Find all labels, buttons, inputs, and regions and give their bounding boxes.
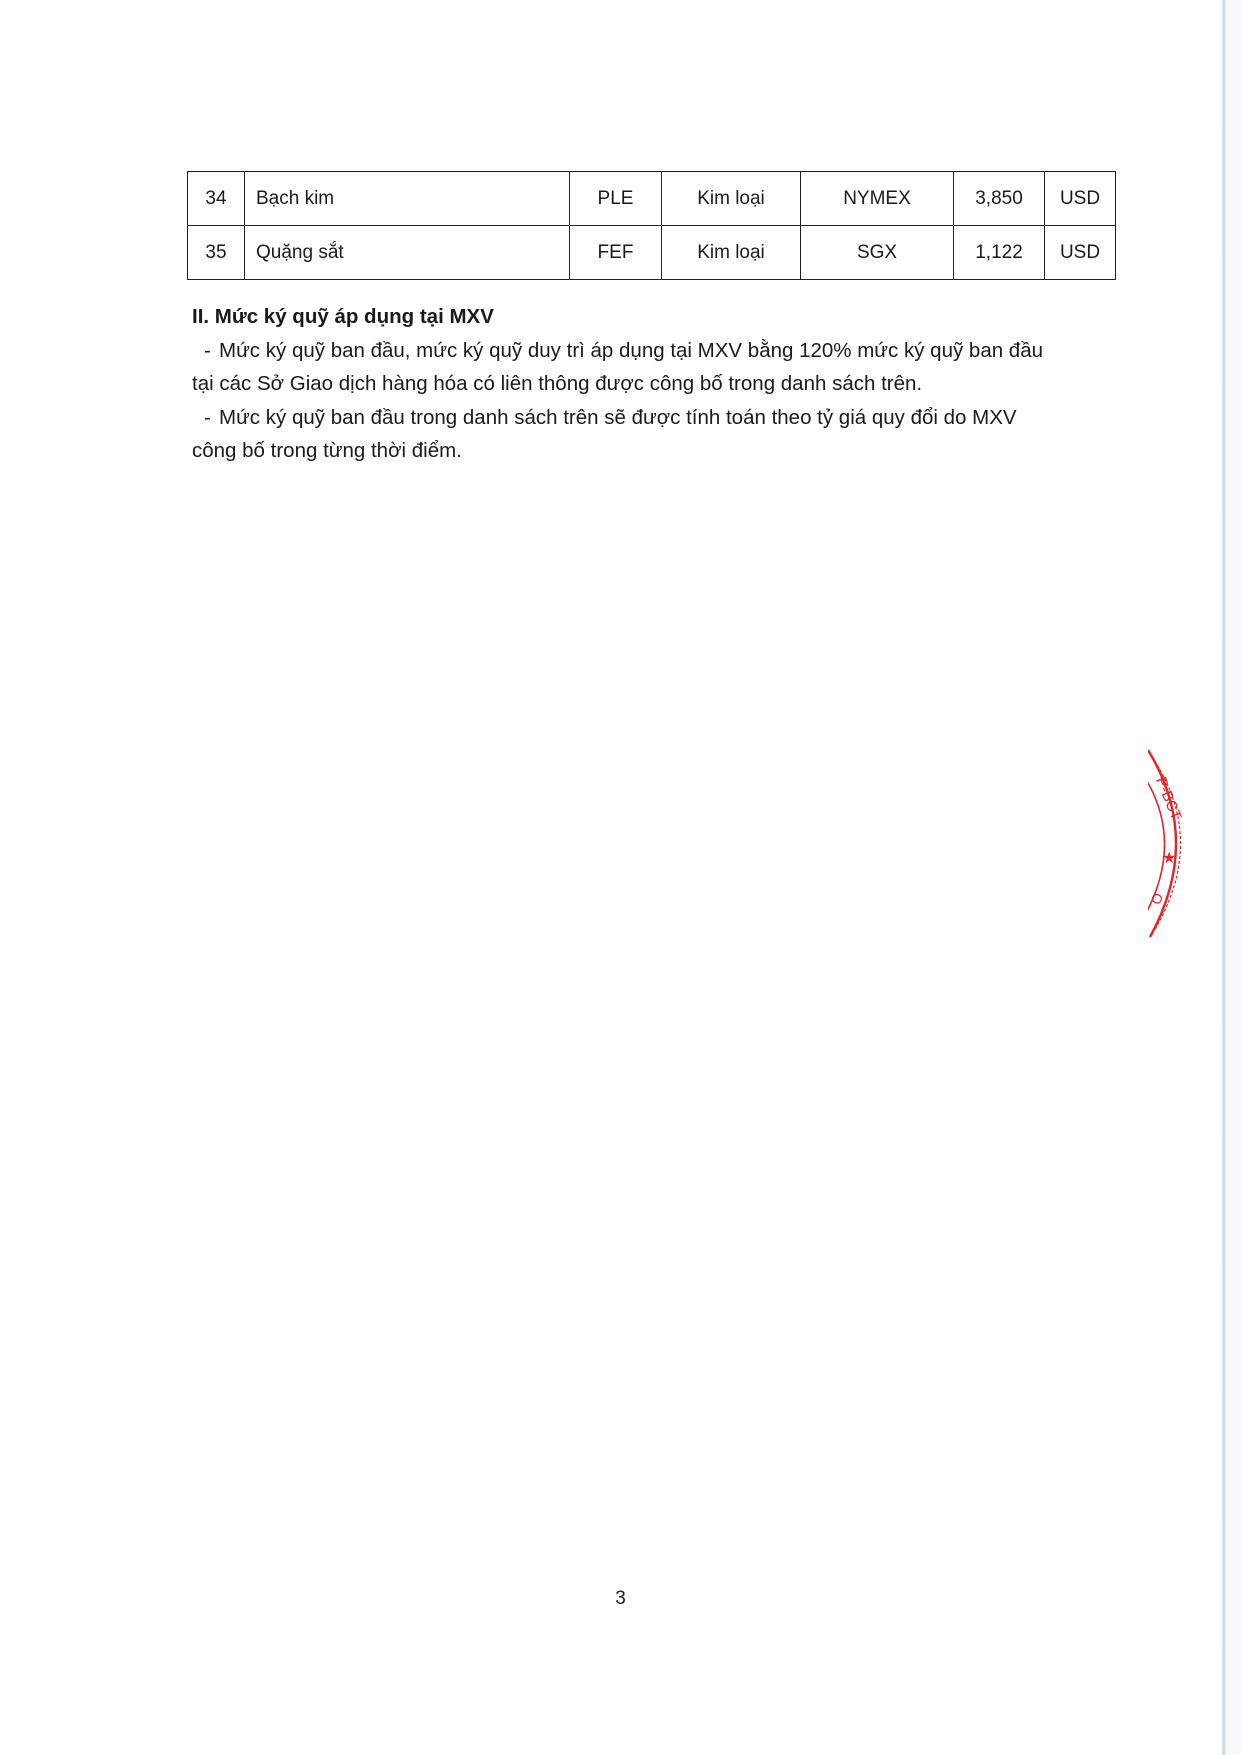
- cell-group: Kim loại: [662, 172, 801, 226]
- table-row: 34 Bạch kim PLE Kim loại NYMEX 3,850 USD: [188, 172, 1116, 226]
- bullet-paragraph: -Mức ký quỹ ban đầu, mức ký quỹ duy trì …: [192, 334, 1092, 401]
- cell-code: FEF: [570, 226, 662, 280]
- bullet-line: Mức ký quỹ ban đầu trong danh sách trên …: [219, 406, 1017, 429]
- cell-exchange: NYMEX: [801, 172, 954, 226]
- svg-text:★: ★: [1162, 848, 1176, 867]
- page-edge: [1222, 0, 1226, 1755]
- seal-icon: P-BCT ★ O: [1148, 745, 1208, 945]
- margin-policy-section: II. Mức ký quỹ áp dụng tại MXV -Mức ký q…: [192, 300, 1092, 468]
- cell-currency: USD: [1045, 226, 1116, 280]
- bullet-dash: -: [192, 401, 219, 435]
- section-heading: II. Mức ký quỹ áp dụng tại MXV: [192, 300, 1092, 334]
- bullet-line: tại các Sở Giao dịch hàng hóa có liên th…: [192, 372, 922, 395]
- page-number: 3: [0, 1588, 1241, 1610]
- cell-margin: 3,850: [954, 172, 1045, 226]
- cell-code: PLE: [570, 172, 662, 226]
- bullet-dash: -: [192, 334, 219, 368]
- svg-text:P-BCT: P-BCT: [1152, 775, 1185, 823]
- cell-exchange: SGX: [801, 226, 954, 280]
- bullet-line: Mức ký quỹ ban đầu, mức ký quỹ duy trì á…: [219, 339, 1043, 362]
- page-edge-shadow: [1226, 0, 1241, 1755]
- cell-commodity-name: Bạch kim: [245, 172, 570, 226]
- table-row: 35 Quặng sắt FEF Kim loại SGX 1,122 USD: [188, 226, 1116, 280]
- bullet-paragraph: -Mức ký quỹ ban đầu trong danh sách trên…: [192, 401, 1092, 468]
- cell-group: Kim loại: [662, 226, 801, 280]
- cell-commodity-name: Quặng sắt: [245, 226, 570, 280]
- cell-no: 34: [188, 172, 245, 226]
- cell-no: 35: [188, 226, 245, 280]
- cell-currency: USD: [1045, 172, 1116, 226]
- margin-table: 34 Bạch kim PLE Kim loại NYMEX 3,850 USD…: [187, 171, 1116, 280]
- cell-margin: 1,122: [954, 226, 1045, 280]
- bullet-line: công bố trong từng thời điểm.: [192, 439, 462, 462]
- official-seal-stamp: P-BCT ★ O: [1148, 745, 1208, 945]
